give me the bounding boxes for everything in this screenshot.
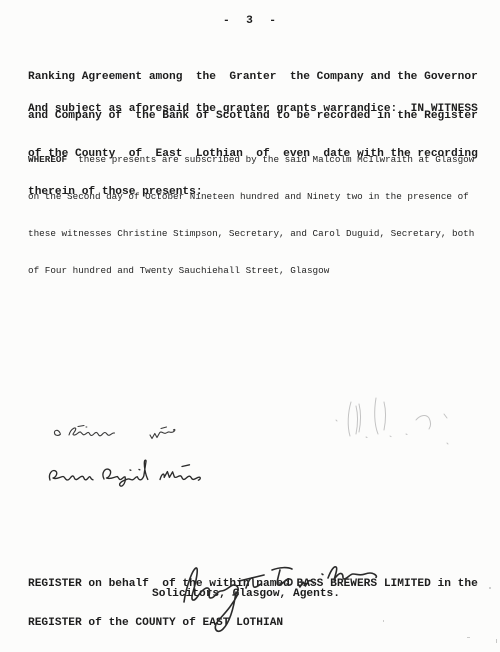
- whereof-label: WHEREOF: [28, 154, 67, 165]
- text-line: these presents are subscribed by the sai…: [67, 154, 474, 165]
- witness-signature-stimpson: [50, 416, 190, 444]
- ink-speck: [383, 620, 384, 622]
- page-number: - 3 -: [0, 15, 500, 27]
- witness-signature-duguid: [42, 452, 214, 498]
- whereof-paragraph: WHEREOF these presents are subscribed by…: [28, 129, 474, 303]
- text-line: WHEREOF these presents are subscribed by…: [28, 154, 474, 166]
- document-page: - 3 - Ranking Agreement among the Grante…: [0, 0, 500, 652]
- text-line: on the Second day of October Nineteen hu…: [28, 191, 474, 203]
- agents-signature: [176, 558, 402, 640]
- warrandice-clause: And subject as aforesaid the granter gra…: [28, 103, 478, 116]
- ink-speck: [496, 639, 497, 643]
- text-line: of Four hundred and Twenty Sauchiehall S…: [28, 265, 474, 277]
- text-line: Ranking Agreement among the Granter the …: [28, 71, 478, 84]
- principal-signature-faint: [332, 384, 467, 450]
- ink-speck: [467, 637, 470, 638]
- text-line: these witnesses Christine Stimpson, Secr…: [28, 228, 474, 240]
- ink-speck: [489, 587, 491, 589]
